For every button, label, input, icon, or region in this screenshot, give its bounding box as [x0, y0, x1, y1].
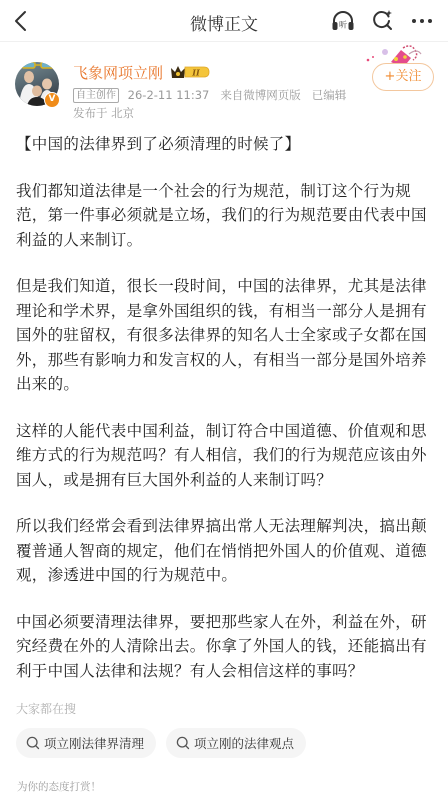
- author-name[interactable]: 飞象网项立刚: [73, 62, 163, 83]
- search-chip[interactable]: 项立刚法律界清理: [16, 728, 156, 758]
- post-paragraph: 这样的人能代表中国利益，制订符合中国道德、价值观和思维方式的行为规范吗？有人相信…: [16, 419, 436, 493]
- search-icon: [26, 736, 40, 750]
- search-icon: [176, 736, 190, 750]
- post-body: 【中国的法律界到了必须清理的时候了】 我们都知道法律是一个社会的行为规范，制订这…: [16, 132, 436, 705]
- member-crown-badge-icon[interactable]: II: [170, 64, 210, 80]
- post-timestamp: 26-2-11 11:37: [128, 88, 210, 102]
- post-meta: 自主创作 26-2-11 11:37 来自微博网页版 已编辑: [73, 87, 346, 103]
- post-paragraph: 我们都知道法律是一个社会的行为规范，制订这个行为规范，第一件事必须就是立场，我们…: [16, 179, 436, 253]
- listen-icon: 听: [330, 8, 356, 34]
- reward-prompt: 为你的态度打赏！: [17, 779, 101, 794]
- post-paragraph: 但是我们知道，很长一段时间，中国的法律界，尤其是法律理论和学术界，是拿外国组织的…: [16, 274, 436, 397]
- search-button[interactable]: [370, 7, 396, 33]
- related-search-label: 大家都在搜: [16, 700, 436, 717]
- related-search-section: 大家都在搜 项立刚法律界清理 项立刚的法律观点: [16, 700, 436, 758]
- verified-badge: V: [44, 92, 60, 108]
- search-chip-label: 项立刚法律界清理: [44, 734, 144, 752]
- original-content-tag: 自主创作: [73, 88, 119, 103]
- search-icon: [370, 7, 396, 33]
- svg-text:II: II: [191, 68, 200, 78]
- svg-text:听: 听: [339, 20, 347, 30]
- listen-button[interactable]: 听: [330, 8, 356, 34]
- follow-button[interactable]: +关注: [372, 63, 434, 91]
- post-source: 来自微博网页版: [220, 88, 301, 102]
- post-title: 【中国的法律界到了必须清理的时候了】: [16, 132, 436, 157]
- search-chip[interactable]: 项立刚的法律观点: [166, 728, 306, 758]
- post-paragraph: 所以我们经常会看到法律界搞出常人无法理解判决，搞出颠覆普通人智商的规定，他们在悄…: [16, 514, 436, 588]
- search-chip-label: 项立刚的法律观点: [194, 734, 294, 752]
- more-icon: [408, 8, 436, 34]
- top-nav-bar: 微博正文 听: [0, 0, 448, 42]
- post-location: 发布于 北京: [73, 105, 134, 121]
- more-button[interactable]: [408, 8, 436, 34]
- edited-label[interactable]: 已编辑: [312, 88, 347, 102]
- post-paragraph: 中国必须要清理法律界，要把那些家人在外，利益在外，研究经费在外的人清除出去。你拿…: [16, 610, 436, 684]
